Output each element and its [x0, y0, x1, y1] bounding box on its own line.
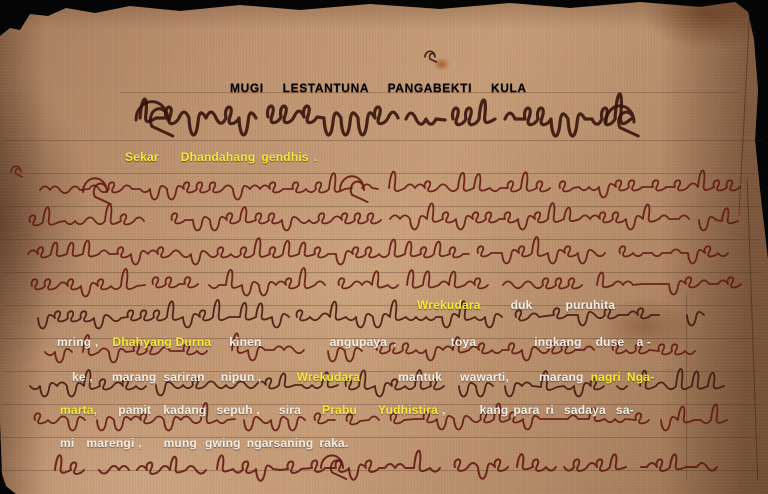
caption-token: ri — [546, 403, 554, 417]
caption-token: marang — [112, 370, 157, 384]
caption-token: marta, — [60, 403, 97, 417]
caption-token: marang — [539, 370, 584, 384]
caption-token: nagri — [591, 370, 621, 384]
stanza-label: SekarDhandahanggendhis. — [125, 150, 317, 164]
caption-token: Wrekudara — [417, 298, 481, 312]
caption-token: Dhandahang — [181, 150, 256, 164]
caption-token: mung — [164, 436, 197, 450]
caption-token: Prabu — [322, 403, 357, 417]
caption-token: toya — [451, 335, 476, 349]
caption-token: sepuh , — [216, 403, 259, 417]
caption-token: kang — [480, 403, 509, 417]
caption-token: gendhis — [261, 150, 308, 164]
caption-token: sa- — [616, 403, 634, 417]
caption-token: puruhita — [566, 298, 616, 312]
caption-token: sariran — [163, 370, 204, 384]
gloss-wrekudara-puruhita: Wrekudaradukpuruhita — [417, 298, 615, 312]
caption-token: sira — [279, 403, 301, 417]
caption-token: Wrekudara — [297, 370, 361, 384]
caption-token: duse — [596, 335, 625, 349]
caption-token: kadang — [163, 403, 206, 417]
caption-token: ingkang — [534, 335, 581, 349]
caption-token: mantuk — [398, 370, 442, 384]
gloss-dhahyang-durna: mring ,Dhahyang Durnakinenangupaya,toyai… — [57, 335, 651, 349]
gloss-prabu-yudhistira: marta,pamitkadangsepuh ,siraPrabuYudhist… — [60, 403, 634, 417]
caption-token: angupaya — [330, 335, 388, 349]
caption-token: para — [513, 403, 539, 417]
caption-token: wawarti, — [460, 370, 509, 384]
manuscript-scan-page: MUGI LESTANTUNA PANGABEKTI KULA SekarDha… — [0, 0, 768, 494]
caption-token: , — [393, 335, 397, 349]
caption-token: mring , — [57, 335, 98, 349]
gloss-raka: mimarengi ,munggwingngarsaningraka. — [60, 436, 348, 450]
caption-token: kinen — [229, 335, 261, 349]
dedication-caption: MUGI LESTANTUNA PANGABEKTI KULA — [230, 81, 527, 95]
caption-token: mi — [60, 436, 74, 450]
caption-token: a - — [636, 335, 651, 349]
caption-token: Yudhistira — [378, 403, 438, 417]
caption-token: sadaya — [564, 403, 606, 417]
right-margin-line — [686, 295, 687, 480]
caption-token: , — [442, 403, 446, 417]
caption-token: gwing — [205, 436, 241, 450]
caption-token: Dhahyang Durna — [112, 335, 211, 349]
caption-token: ke , — [72, 370, 93, 384]
caption-token: Nga- — [627, 370, 654, 384]
gloss-sariran-nagri: ke ,marangsarirannipun ,Wrekudaramantukw… — [72, 370, 654, 384]
caption-token: duk — [511, 298, 533, 312]
caption-token: marengi , — [86, 436, 141, 450]
caption-token: Sekar — [125, 150, 159, 164]
caption-token: ngarsaning — [247, 436, 314, 450]
caption-token: pamit — [118, 403, 151, 417]
caption-token: nipun , — [221, 370, 262, 384]
paper-sheet — [0, 0, 768, 494]
caption-token: raka. — [319, 436, 348, 450]
caption-token: . — [314, 150, 318, 164]
